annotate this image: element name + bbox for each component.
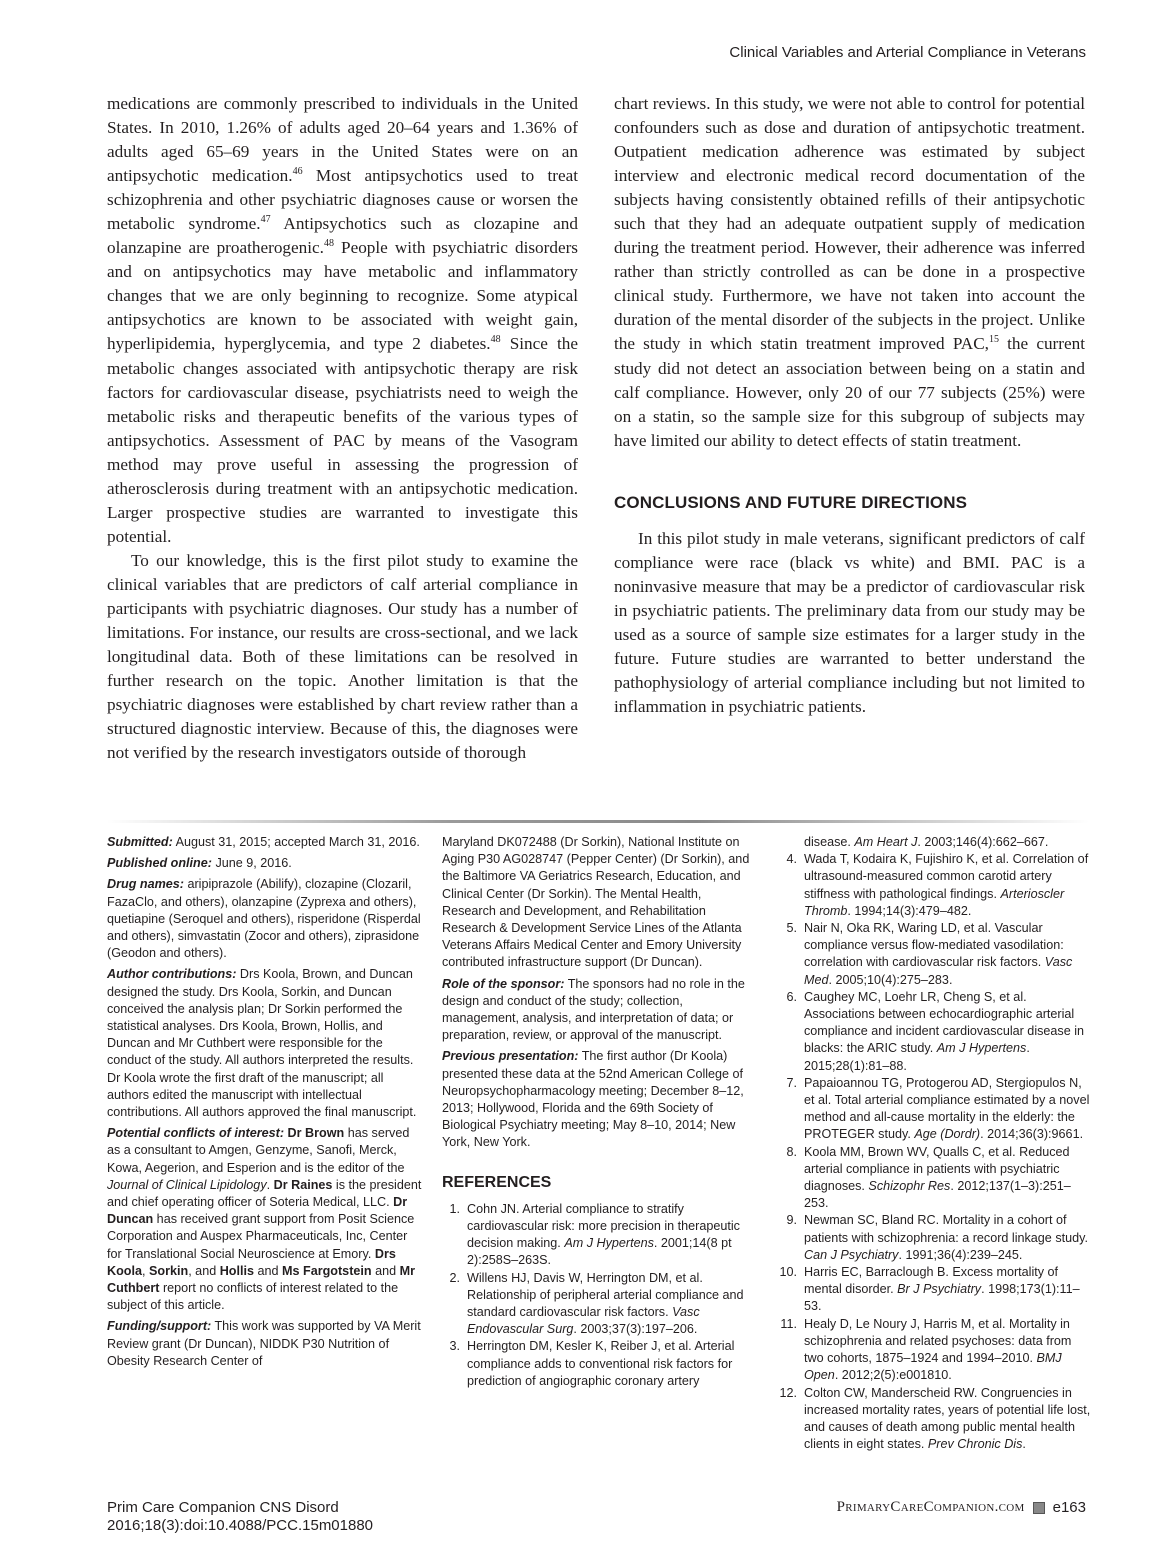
footnote-author-contributions: Author contributions: Drs Koola, Brown, … (107, 966, 422, 1121)
footer-citation: Prim Care Companion CNS Disord 2016;18(3… (107, 1499, 373, 1535)
body-column-left: medications are commonly prescribed to i… (107, 92, 578, 765)
footer-journal: Prim Care Companion CNS Disord (107, 1499, 373, 1517)
footer-site: PrimaryCareCompanion.com e163 (837, 1499, 1086, 1516)
footnote-presentation: Previous presentation: The first author … (442, 1048, 757, 1151)
reference-item: 5.Nair N, Oka RK, Waring LD, et al. Vasc… (779, 920, 1094, 989)
footnote-funding-continued: Maryland DK072488 (Dr Sorkin), National … (442, 834, 757, 972)
footnotes-column-2: Maryland DK072488 (Dr Sorkin), National … (442, 834, 757, 1390)
body-paragraph: In this pilot study in male veterans, si… (614, 527, 1085, 719)
running-head: Clinical Variables and Arterial Complian… (729, 44, 1086, 61)
footnote-drug-names: Drug names: aripiprazole (Abilify), cloz… (107, 876, 422, 962)
footer-site-name: PrimaryCareCompanion.com (837, 1499, 1025, 1516)
reference-item: 3.Herrington DM, Kesler K, Reiber J, et … (442, 1338, 757, 1390)
citation-superscript: 47 (261, 214, 271, 225)
reference-item: 11.Healy D, Le Noury J, Harris M, et al.… (779, 1316, 1094, 1385)
footnote-published: Published online: June 9, 2016. (107, 855, 422, 872)
square-bullet-icon (1033, 1502, 1045, 1514)
body-paragraph: chart reviews. In this study, we were no… (614, 92, 1085, 453)
reference-item-continued: disease. Am Heart J. 2003;146(4):662–667… (779, 834, 1094, 851)
reference-item: 1.Cohn JN. Arterial compliance to strati… (442, 1201, 757, 1270)
citation-superscript: 48 (324, 238, 334, 249)
reference-item: 12.Colton CW, Manderscheid RW. Congruenc… (779, 1385, 1094, 1454)
reference-item: 7.Papaioannou TG, Protogerou AD, Stergio… (779, 1075, 1094, 1144)
section-divider (107, 820, 1089, 823)
citation-superscript: 46 (293, 166, 303, 177)
page-number: e163 (1053, 1499, 1086, 1516)
reference-item: 2.Willens HJ, Davis W, Herrington DM, et… (442, 1270, 757, 1339)
reference-item: 6.Caughey MC, Loehr LR, Cheng S, et al. … (779, 989, 1094, 1075)
footnote-sponsor: Role of the sponsor: The sponsors had no… (442, 976, 757, 1045)
footnote-funding: Funding/support: This work was supported… (107, 1318, 422, 1370)
citation-superscript: 48 (491, 334, 501, 345)
citation-superscript: 15 (989, 334, 999, 345)
body-paragraph: medications are commonly prescribed to i… (107, 92, 578, 549)
reference-item: 4.Wada T, Kodaira K, Fujishiro K, et al.… (779, 851, 1094, 920)
reference-item: 9.Newman SC, Bland RC. Mortality in a co… (779, 1212, 1094, 1264)
reference-item: 10.Harris EC, Barraclough B. Excess mort… (779, 1264, 1094, 1316)
section-heading-conclusions: CONCLUSIONS AND FUTURE DIRECTIONS (614, 491, 1085, 515)
footnote-submitted: Submitted: August 31, 2015; accepted Mar… (107, 834, 422, 851)
footnote-conflicts: Potential conflicts of interest: Dr Brow… (107, 1125, 422, 1314)
footnotes-column-1: Submitted: August 31, 2015; accepted Mar… (107, 834, 422, 1374)
references-list-continued: disease. Am Heart J. 2003;146(4):662–667… (779, 834, 1094, 1453)
body-paragraph: To our knowledge, this is the first pilo… (107, 549, 578, 765)
body-column-right: chart reviews. In this study, we were no… (614, 92, 1085, 719)
references-heading: REFERENCES (442, 1174, 757, 1191)
references-list: 1.Cohn JN. Arterial compliance to strati… (442, 1201, 757, 1390)
footer-doi: 2016;18(3):doi:10.4088/PCC.15m01880 (107, 1517, 373, 1535)
reference-item: 8.Koola MM, Brown WV, Qualls C, et al. R… (779, 1144, 1094, 1213)
references-column-3: disease. Am Heart J. 2003;146(4):662–667… (779, 834, 1094, 1453)
